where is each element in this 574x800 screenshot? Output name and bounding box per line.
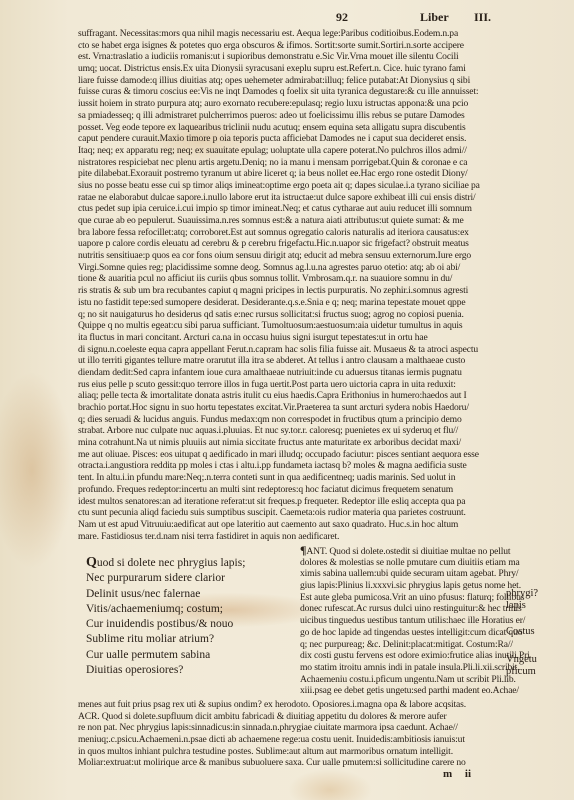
verse-line: Sublime ritu moliar atrium? (86, 632, 286, 647)
text-line: strabat. Arbore nuc culpate nuc aquas.i.… (78, 425, 556, 437)
book-page: 92 Liber III. suffragant. Necessitas:mor… (0, 0, 574, 800)
margin-note: pficum (506, 666, 536, 678)
commentary-block-top: suffragant. Necessitas:mors qua nihil ma… (78, 28, 556, 542)
margin-note: lapis (506, 600, 526, 612)
text-line: Itaq; neq; ex apparatu reg; neq; ex suau… (78, 145, 556, 157)
text-line: posset. Veg eode tepore ex laquearibus t… (78, 122, 556, 134)
text-line: ¶ANT. Quod si dolete.ostedit si diuitiae… (300, 545, 560, 557)
text-line: otracta.i.angustiora reddita pp moles i … (78, 460, 556, 472)
text-line: ctus pedet sup ipia ceruice.i.cui impio … (78, 203, 556, 215)
text-line: dolores & molestias se nolle pmutare cum… (300, 557, 560, 569)
text-line: ACR. Quod si dolete.supfluum dicit ambit… (78, 711, 556, 723)
text-line: ctu sunt pecunia aliqd faciedu suis sump… (78, 507, 556, 519)
text-line: pite dilabebat.Exorauit postremo tyranum… (78, 168, 556, 180)
text-line: est. Vrna:traslatio a iudiciis romanis:u… (78, 51, 556, 63)
text-line: iussit hoiem in strato purpura atq; auro… (78, 98, 556, 110)
text-line: cto se habet erga isignes & potetes quo … (78, 40, 556, 52)
verse-block: Quod si dolete nec phrygius lapis; Nec p… (86, 555, 286, 678)
text-line: ita fluctus in mari concitant. Arcturi c… (78, 332, 556, 344)
text-line: liare fuisse damode:q illius diuitias at… (78, 75, 556, 87)
verse-line: Quod si dolete nec phrygius lapis; (86, 555, 286, 571)
text-line: Quippe q no multis egeat:cu sibi parua s… (78, 320, 556, 332)
text-line: istu no fastidit tepe:sed sumopere desid… (78, 297, 556, 309)
text-line: profundo. Freques redeptor:incertu an mu… (78, 484, 556, 496)
text-line: xiii.psag ee debet getis ungetu:sed part… (300, 685, 560, 697)
text-line: suffragant. Necessitas:mors qua nihil ma… (78, 28, 556, 40)
folio-number: 92 (336, 10, 348, 25)
running-header: 92 Liber III. (0, 10, 574, 28)
text-line: sa pmiadesseq; q illi admistraret pulche… (78, 110, 556, 122)
text-line: bra labore fessa refocillet:atq; corrobo… (78, 227, 556, 239)
text-line: mare. Fastidiosus ter.d.nam nisi terra f… (78, 531, 556, 543)
verse-line: Nec purpurarum sidere clarior (86, 571, 286, 586)
text-line: q; nec purpureag; &c. Delinit:placat:mit… (300, 639, 560, 651)
text-line: umq; uocat. Districtus ensis.Ex uita Dio… (78, 63, 556, 75)
margin-note: Costus (506, 626, 535, 638)
text-line: tione & auaritia pcul no afficiut iis cu… (78, 273, 556, 285)
text-line: Moliar:extruat:ut molirique arce & manib… (78, 757, 556, 769)
text-line: nistratores respiciebat nec plenu artis … (78, 157, 556, 169)
text-line: re non pat. Nec phrygius lapis:sinnadicu… (78, 722, 556, 734)
running-title: Liber (420, 10, 449, 25)
text-line: tent. In altu.i.in pfundu mare:Neq;.n.te… (78, 472, 556, 484)
text-line: Nam ut est apud Vitruuiu:aedificat aut o… (78, 519, 556, 531)
text-line: ris stratis & sub um bra recubantes capi… (78, 285, 556, 297)
verse-line: Cur inuidendis postibus/& nouo (86, 617, 286, 632)
text-line: nutritis sensitiuae:p quos ea cor fons o… (78, 250, 556, 262)
verse-line: Delinit usus/nec falernae (86, 587, 286, 602)
text-line: ut illo territi gigantes tellure matre o… (78, 355, 556, 367)
text-line: aliaq; pelle tecta & imortalitate donata… (78, 390, 556, 402)
verse-line: Vitis/achaemeniumq; costum; (86, 602, 286, 617)
text-line: caput pendere curauit.Maxio timore p oia… (78, 133, 556, 145)
text-line: di signu.n.coeleste equa capra appellant… (78, 344, 556, 356)
text-line: mina cotrahunt.Na ut nimis pluuiis aut n… (78, 437, 556, 449)
text-line: me aut oliuae. Pisces: eos uitupat q aed… (78, 449, 556, 461)
text-line: Virgi.Somne quies reg; placidissime somn… (78, 262, 556, 274)
text-line: in quos multos inhiant pulchra testudine… (78, 746, 556, 758)
text-line: diendam dedit:Sed capra infantem ioue cu… (78, 367, 556, 379)
verse-initial: Q (86, 555, 97, 570)
signature-mark: m ii (443, 768, 471, 780)
verse-line: Cur ualle permutem sabina (86, 648, 286, 663)
margin-note: phrygi? (506, 588, 538, 600)
text-line: menes aut fuit prius psag rex uti & supi… (78, 699, 556, 711)
text-line: que curae ab eo pepulerut. Suauissima.n.… (78, 215, 556, 227)
commentary-block-bottom: menes aut fuit prius psag rex uti & supi… (78, 699, 556, 769)
text-line: ratae ne elaborabut dulcae sapore.i.null… (78, 192, 556, 204)
text-line: q; dies seruadi & lucidus anguis. Fundus… (78, 414, 556, 426)
text-line: ximis sabina uallem:ubi quide securam ui… (300, 568, 560, 580)
text-line: fuisse curas & timoru coscius ee:Vis ne … (78, 86, 556, 98)
book-number: III. (474, 10, 491, 25)
text-line: rus eius pelle p scuto gessit:quo terror… (78, 379, 556, 391)
text-line: q; no sit nauigaturus ho desiderus qd sa… (78, 309, 556, 321)
text-line: brachio portat.Hoc signu in suo hortu te… (78, 402, 556, 414)
text-line: sius no posse beatu esse cui sp timor al… (78, 180, 556, 192)
text-line: uapore p calore cordis eleuatu ad cerebr… (78, 238, 556, 250)
verse-line: Diuitias operosiores? (86, 663, 286, 678)
text-line: meniuq;.c.psicu.Achaemeni.n.psae dicti a… (78, 734, 556, 746)
margin-note: Vngetu (506, 654, 537, 666)
text-line: idest multos senatores:an ad iteratione … (78, 496, 556, 508)
